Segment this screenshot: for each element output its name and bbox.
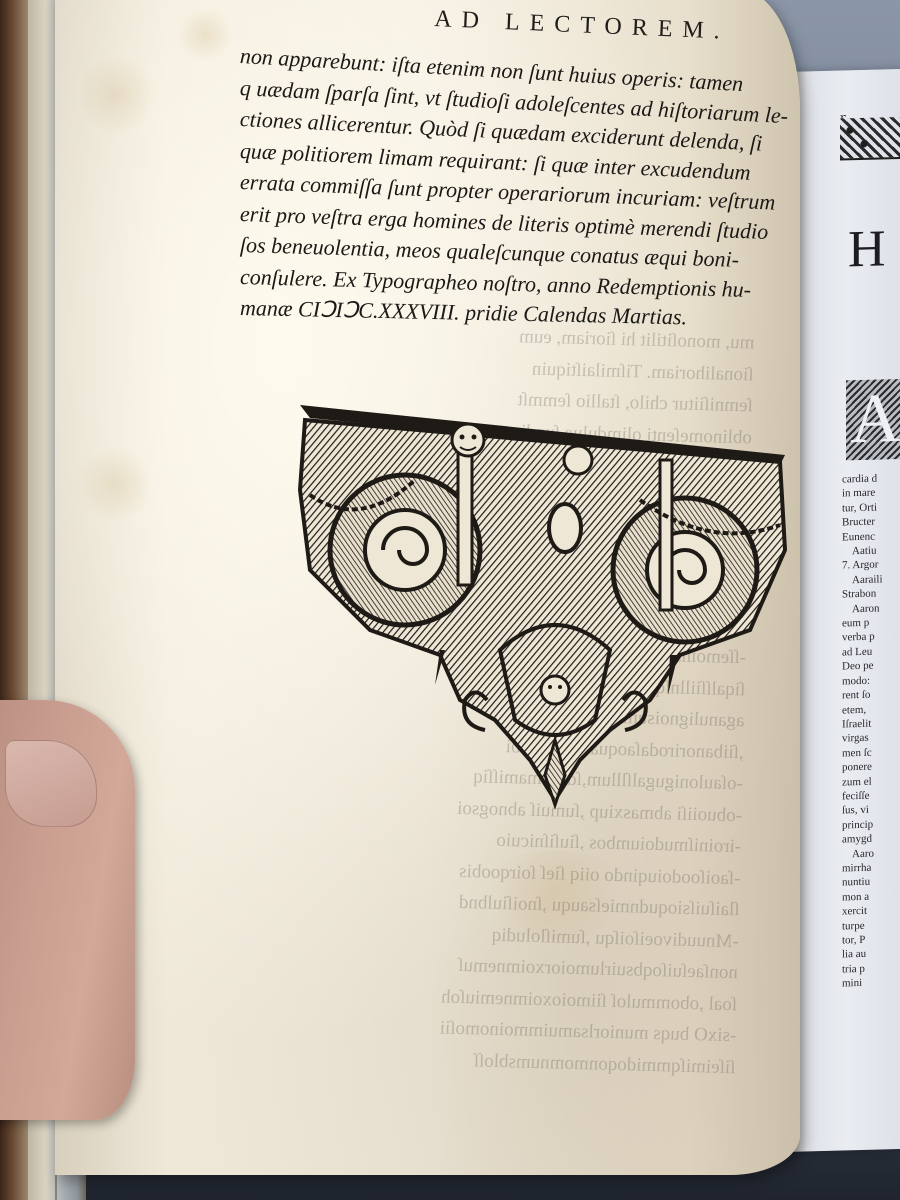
right-text-line: Aaraili (842, 571, 900, 588)
right-text-line: lia au (842, 946, 900, 963)
right-text-line: Eunenc (842, 528, 900, 545)
right-text-line: men ſc (842, 744, 900, 761)
paper-stain (175, 10, 235, 60)
right-text-line: Bructer (842, 513, 900, 530)
right-text-line: xercit (842, 902, 900, 919)
right-text-line: Aaro (842, 845, 900, 862)
right-text-line: tur, Orti (842, 499, 900, 516)
right-text-line: mini (842, 974, 900, 991)
book-photo-scene: r H A cardia din maretur, OrtiBructerEun… (0, 0, 900, 1200)
preface-text-block: non apparebunt: iſta etenim non ſunt hui… (240, 40, 800, 324)
right-text-line: ponere (842, 758, 900, 775)
right-page: r H A cardia din maretur, OrtiBructerEun… (790, 68, 900, 1152)
right-text-line: feciſſe (842, 787, 900, 804)
right-text-line: Aatiu (842, 542, 900, 559)
thumb (0, 700, 135, 1120)
right-text-line: eum p (842, 614, 900, 631)
right-text-line: mirrha (842, 859, 900, 876)
right-text-line: cardia d (842, 470, 900, 487)
paper-stain (75, 450, 155, 520)
right-text-line: ſus, vi (842, 801, 900, 818)
right-text-line: Strabon (842, 585, 900, 602)
right-text-line: tria p (842, 960, 900, 977)
right-page-text-column: cardia din maretur, OrtiBructerEunencAat… (842, 470, 900, 991)
right-text-line: Iſraelit (842, 715, 900, 732)
right-text-line: rent ſo (842, 686, 900, 703)
right-text-line: princip (842, 816, 900, 833)
woodcut-tailpiece-icon (290, 400, 790, 810)
right-text-line: turpe (842, 917, 900, 934)
heading-initial: H (848, 219, 886, 279)
right-text-line: Aaron (842, 600, 900, 617)
thumbnail-nail (5, 740, 97, 827)
drop-cap-initial: A (846, 379, 900, 461)
right-text-line: zum el (842, 773, 900, 790)
right-text-line: ad Leu (842, 643, 900, 660)
right-text-line: 7. Argor (842, 557, 900, 574)
right-text-line: etem, (842, 701, 900, 718)
right-text-line: virgas (842, 729, 900, 746)
right-text-line: verba p (842, 629, 900, 646)
right-text-line: mon a (842, 888, 900, 905)
right-text-line: nuntiu (842, 873, 900, 890)
paper-stain (80, 50, 150, 140)
right-text-line: modo: (842, 672, 900, 689)
right-text-line: amygd (842, 830, 900, 847)
right-text-line: tor, P (842, 931, 900, 948)
right-text-line: in mare (842, 485, 900, 502)
right-text-line: Deo pe (842, 657, 900, 674)
headpiece-ornament-icon (840, 116, 900, 160)
